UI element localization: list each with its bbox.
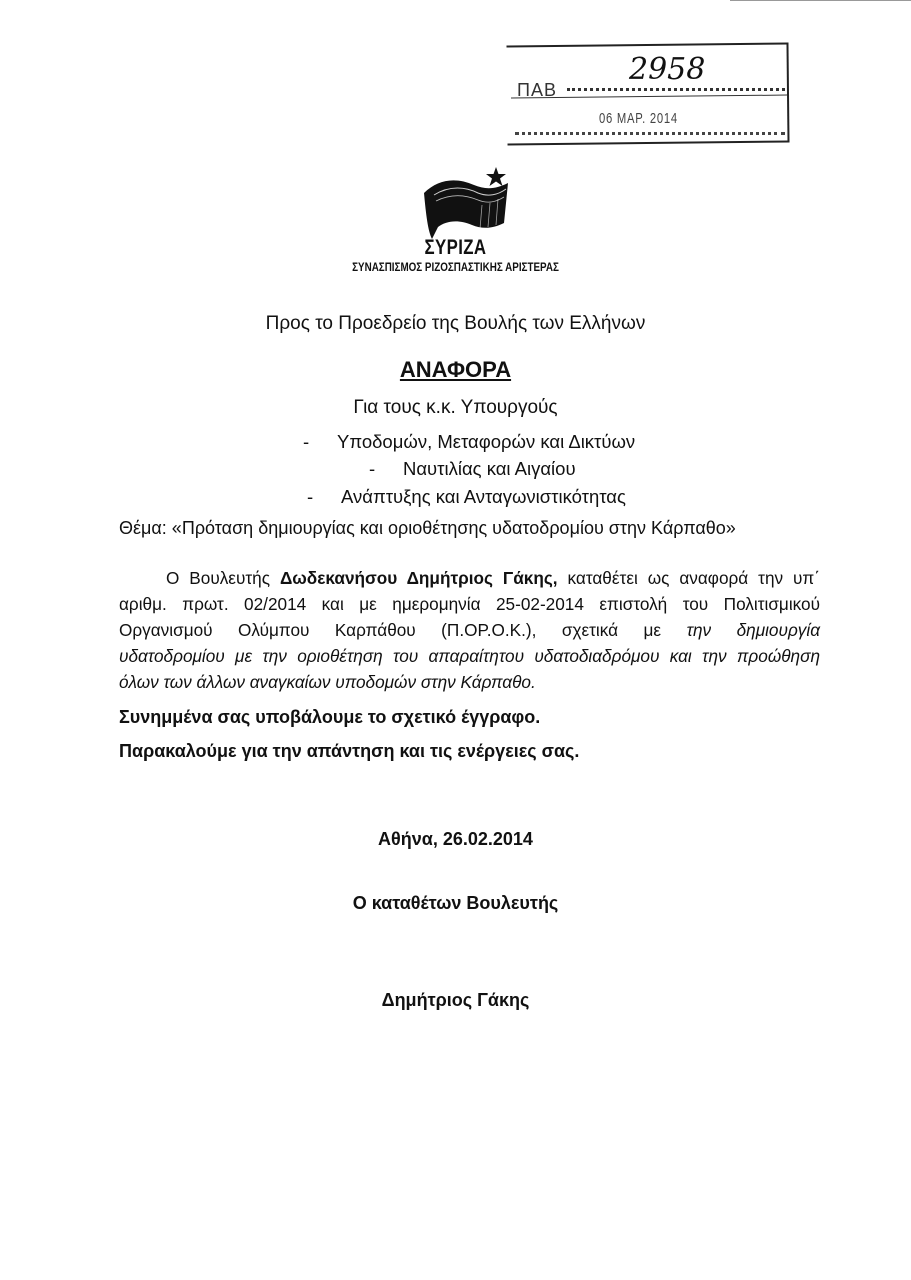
scan-edge-line xyxy=(730,0,911,1)
ministry-item: -Ναυτιλίας και Αιγαίου xyxy=(369,458,576,480)
stamp-dotted-line xyxy=(567,88,785,91)
document-title: ΑΝΑΦΟΡΑ xyxy=(0,357,911,383)
body-text: Οργανισμού Ολύμπου Καρπάθου (Π.ΟΡ.Ο.Κ.),… xyxy=(119,620,687,640)
party-name: ΣΥΡΙΖΑ xyxy=(91,236,820,260)
list-dash: - xyxy=(369,458,403,480)
ministry-item: -Ανάπτυξης και Ανταγωνιστικότητας xyxy=(307,486,626,508)
ministry-label: Υποδομών, Μεταφορών και Δικτύων xyxy=(337,431,635,452)
stamp-prefix: ΠΑΒ xyxy=(517,80,557,101)
body-italic: την δημιουργία xyxy=(687,620,820,640)
stamp-date: 06 ΜΑΡ. 2014 xyxy=(599,110,678,127)
party-full-name: ΣΥΝΑΣΠΙΣΜΟΣ ΡΙΖΟΣΠΑΣΤΙΚΗΣ ΑΡΙΣΤΕΡΑΣ xyxy=(82,260,829,274)
document-title-text: ΑΝΑΦΟΡΑ xyxy=(400,357,511,382)
body-line: υδατοδρομίου με την οριοθέτηση του απαρα… xyxy=(119,643,820,669)
protocol-stamp: ΠΑΒ 2958 06 ΜΑΡ. 2014 xyxy=(507,44,789,142)
body-italic: όλων των άλλων αναγκαίων υποδομών στην Κ… xyxy=(119,672,536,692)
place-date: Αθήνα, 26.02.2014 xyxy=(0,829,911,850)
ministers-heading: Για τους κ.κ. Υπουργούς xyxy=(0,397,911,419)
list-dash: - xyxy=(307,486,341,508)
protocol-number: 2958 xyxy=(629,52,705,87)
signatory-role: Ο καταθέτων Βουλευτής xyxy=(0,893,911,914)
recipient: Προς το Προεδρείο της Βουλής των Ελλήνων xyxy=(0,313,911,335)
list-dash: - xyxy=(303,431,337,453)
stamp-dotted-line xyxy=(515,132,785,135)
body-line: Οργανισμού Ολύμπου Καρπάθου (Π.ΟΡ.Ο.Κ.),… xyxy=(119,617,820,643)
subject-line: Θέμα: «Πρόταση δημιουργίας και οριοθέτησ… xyxy=(119,518,736,539)
body-line: όλων των άλλων αναγκαίων υποδομών στην Κ… xyxy=(119,669,820,695)
body-line: Ο Βουλευτής Δωδεκανήσου Δημήτριος Γάκης,… xyxy=(119,565,820,591)
request-note: Παρακαλούμε για την απάντηση και τις ενέ… xyxy=(119,741,579,762)
ministry-label: Ναυτιλίας και Αιγαίου xyxy=(403,458,576,479)
attachments-note: Συνημμένα σας υποβάλουμε το σχετικό έγγρ… xyxy=(119,707,540,728)
signatory-name: Δημήτριος Γάκης xyxy=(0,990,911,1011)
body-text: Ο Βουλευτής xyxy=(166,568,280,588)
body-paragraph: Ο Βουλευτής Δωδεκανήσου Δημήτριος Γάκης,… xyxy=(119,565,820,695)
body-line: αριθμ. πρωτ. 02/2014 και με ημερομηνία 2… xyxy=(119,591,820,617)
syriza-flag-star-icon xyxy=(416,165,516,240)
body-italic: υδατοδρομίου με την οριοθέτηση του απαρα… xyxy=(119,646,820,666)
body-text: καταθέτει ως αναφορά την υπ΄ xyxy=(558,568,820,588)
ministry-label: Ανάπτυξης και Ανταγωνιστικότητας xyxy=(341,486,626,507)
ministry-item: -Υποδομών, Μεταφορών και Δικτύων xyxy=(303,431,635,453)
mp-name-bold: Δωδεκανήσου Δημήτριος Γάκης, xyxy=(280,568,558,588)
